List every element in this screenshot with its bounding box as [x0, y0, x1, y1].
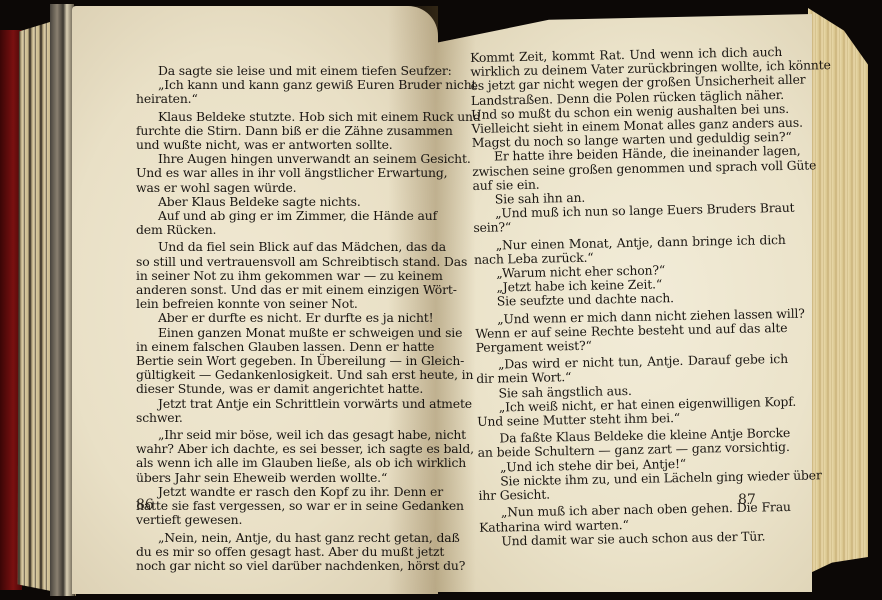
text-line: dieser Stunde, was er damit angerichtet …: [136, 382, 416, 396]
text-line: wahr? Aber ich dachte, es sei besser, ic…: [136, 442, 416, 456]
text-line: furchte die Stirn. Dann biß er die Zähne…: [136, 124, 416, 138]
text-line: Bertie sein Wort gegeben. In Übereilung …: [136, 354, 416, 368]
text-line: vertieft gewesen.: [136, 513, 416, 527]
text-line: so still und vertrauensvoll am Schreibti…: [136, 255, 416, 269]
left-page-stack-inner: [50, 4, 74, 596]
text-line: Jetzt wandte er rasch den Kopf zu ihr. D…: [136, 485, 416, 499]
text-line: Und es war alles in ihr voll ängstlicher…: [136, 166, 416, 180]
text-line: Klaus Beldeke stutzte. Hob sich mit eine…: [136, 110, 416, 124]
text-line: „Nein, nein, Antje, du hast ganz recht g…: [136, 531, 416, 545]
text-line: Aber Klaus Beldeke sagte nichts.: [136, 195, 416, 209]
text-line: übers Jahr sein Eheweib werden wollte.“: [136, 471, 416, 485]
text-line: als wenn ich alle im Glauben ließe, als …: [136, 456, 416, 470]
text-line: Auf und ab ging er im Zimmer, die Hände …: [136, 209, 416, 223]
page-number-left: 86: [136, 497, 154, 513]
right-page-stack-edges: [808, 8, 868, 574]
text-line: und wußte nicht, was er antworten sollte…: [136, 138, 416, 152]
text-line: du es mir so offen gesagt hast. Aber du …: [136, 545, 416, 559]
text-line: Aber er durfte es nicht. Er durfte es ja…: [136, 311, 416, 325]
text-line: in seiner Not zu ihm gekommen war — zu k…: [136, 269, 416, 283]
text-line: „Ihr seid mir böse, weil ich das gesagt …: [136, 428, 416, 442]
text-line: noch gar nicht so viel darüber nachdenke…: [136, 559, 416, 573]
left-page-text: Da sagte sie leise und mit einem tiefen …: [136, 64, 416, 573]
text-line: Da sagte sie leise und mit einem tiefen …: [136, 64, 416, 78]
text-line: heiraten.“: [136, 92, 416, 106]
text-line: dem Rücken.: [136, 223, 416, 237]
text-line: in einem falschen Glauben lassen. Denn e…: [136, 340, 416, 354]
text-line: Jetzt trat Antje ein Schrittlein vorwärt…: [136, 397, 416, 411]
text-line: Ihre Augen hingen unverwandt an seinem G…: [136, 152, 416, 166]
right-page-text: Kommt Zeit, kommt Rat. Und wenn ich dich…: [470, 45, 792, 549]
text-line: Und da fiel sein Blick auf das Mädchen, …: [136, 240, 416, 254]
text-line: anderen sonst. Und das er mit einem einz…: [136, 283, 416, 297]
text-line: schwer.: [136, 411, 416, 425]
text-line: „Ich kann und kann ganz gewiß Euren Brud…: [136, 78, 416, 92]
text-line: gültigkeit — Gedankenlosigkeit. Und sah …: [136, 368, 416, 382]
text-line: was er wohl sagen würde.: [136, 181, 416, 195]
text-line: lein befreien konnte von seiner Not.: [136, 297, 416, 311]
text-line: Einen ganzen Monat mußte er schweigen un…: [136, 326, 416, 340]
text-line: hatte sie fast vergessen, so war er in s…: [136, 499, 416, 513]
page-number-right: 87: [738, 492, 756, 508]
